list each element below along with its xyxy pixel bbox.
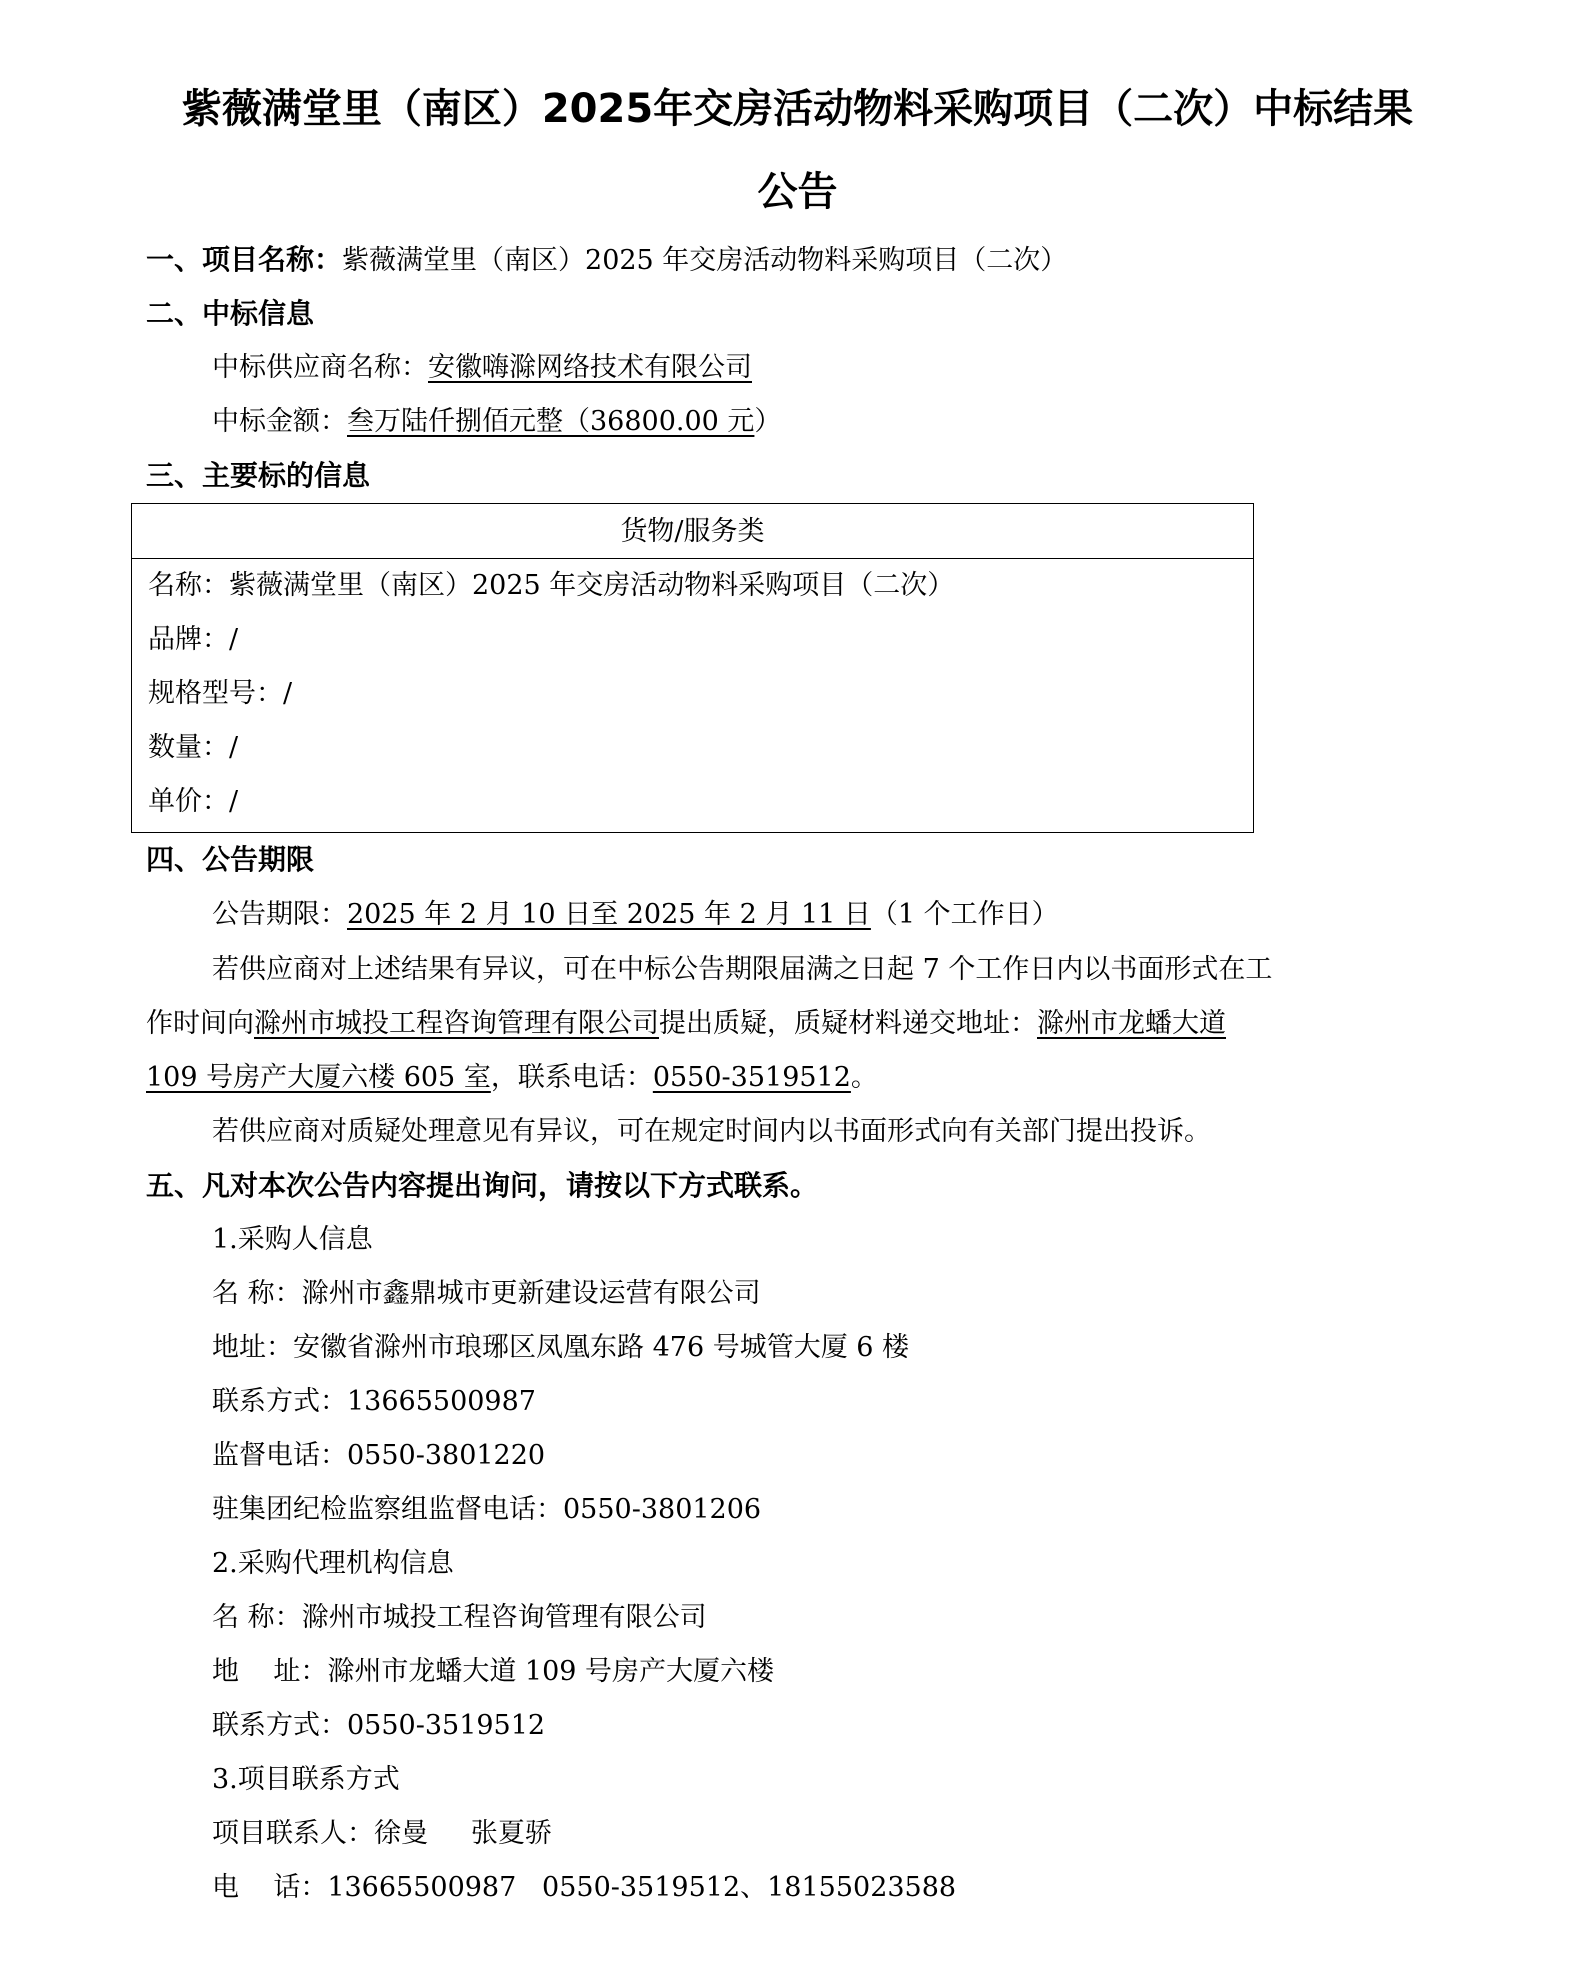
amount-label: 中标金额： (212, 406, 347, 437)
objection-paragraph-line3: 109 号房产大厦六楼 605 室，联系电话：0550-3519512。 (146, 1058, 878, 1098)
table-row: 名称：紫薇满堂里（南区）2025 年交房活动物料采购项目（二次） (132, 559, 1253, 613)
table-row: 单价：/ (132, 775, 1253, 829)
winning-supplier: 中标供应商名称：安徽嗨滁网络技术有限公司 (212, 348, 752, 388)
agency-contact: 联系方式：0550-3519512 (212, 1706, 545, 1746)
objection-text: 作时间向 (146, 1008, 254, 1039)
period-value: 2025 年 2 月 10 日至 2025 年 2 月 11 日 (347, 899, 871, 930)
purchaser-contact: 联系方式：13665500987 (212, 1382, 536, 1422)
contact-phone: 0550-3519512 (653, 1062, 851, 1093)
agency-address: 地 址：滁州市龙蟠大道 109 号房产大厦六楼 (212, 1652, 774, 1692)
objection-paragraph-line2: 作时间向滁州市城投工程咨询管理有限公司提出质疑，质疑材料递交地址：滁州市龙蟠大道 (146, 1004, 1226, 1044)
agency-name: 名 称：滁州市城投工程咨询管理有限公司 (212, 1598, 707, 1638)
discipline-supervision-phone: 驻集团纪检监察组监督电话：0550-3801206 (212, 1490, 761, 1530)
submission-address-cont: 109 号房产大厦六楼 605 室 (146, 1062, 491, 1093)
objection-text: ，联系电话： (491, 1062, 653, 1093)
supplier-value: 安徽嗨滁网络技术有限公司 (428, 352, 752, 383)
agency-name-link: 滁州市城投工程咨询管理有限公司 (254, 1008, 659, 1039)
complaint-paragraph: 若供应商对质疑处理意见有异议，可在规定时间内以书面形式向有关部门提出投诉。 (212, 1112, 1211, 1152)
subject-info-table: 货物/服务类 名称：紫薇满堂里（南区）2025 年交房活动物料采购项目（二次） … (131, 503, 1254, 833)
objection-paragraph-line1: 若供应商对上述结果有异议，可在中标公告期限届满之日起 7 个工作日内以书面形式在… (212, 950, 1272, 990)
period-label: 公告期限： (212, 899, 347, 930)
submission-address: 滁州市龙蟠大道 (1037, 1008, 1226, 1039)
purchaser-heading: 1.采购人信息 (212, 1220, 373, 1260)
announcement-page: 紫薇满堂里（南区）2025年交房活动物料采购项目（二次）中标结果 公告 一、项目… (0, 0, 1587, 1984)
project-phones: 电 话：13665500987 0550-3519512、18155023588 (212, 1868, 956, 1908)
document-title-line1: 紫薇满堂里（南区）2025年交房活动物料采购项目（二次）中标结果 (120, 77, 1475, 141)
document-title-line2: 公告 (120, 160, 1475, 224)
objection-text: 。 (851, 1062, 878, 1093)
purchaser-address: 地址：安徽省滁州市琅琊区凤凰东路 476 号城管大厦 6 楼 (212, 1328, 909, 1368)
purchaser-name: 名 称：滁州市鑫鼎城市更新建设运营有限公司 (212, 1274, 761, 1314)
objection-text: 提出质疑，质疑材料递交地址： (659, 1008, 1037, 1039)
section2-heading: 二、中标信息 (146, 294, 314, 334)
project-contacts: 项目联系人：徐曼 张夏骄 (212, 1814, 552, 1854)
section4-heading: 四、公告期限 (146, 840, 314, 880)
project-contact-heading: 3.项目联系方式 (212, 1760, 400, 1800)
project-name-value: 紫薇满堂里（南区）2025 年交房活动物料采购项目（二次） (342, 245, 1067, 276)
section1-heading: 一、项目名称： (146, 243, 342, 276)
period-suffix: （1 个工作日） (871, 899, 1059, 930)
section3-heading: 三、主要标的信息 (146, 456, 370, 496)
section1-project-name: 一、项目名称：紫薇满堂里（南区）2025 年交房活动物料采购项目（二次） (146, 240, 1067, 281)
agency-heading: 2.采购代理机构信息 (212, 1544, 454, 1584)
purchaser-supervision-phone: 监督电话：0550-3801220 (212, 1436, 545, 1476)
announcement-period: 公告期限：2025 年 2 月 10 日至 2025 年 2 月 11 日（1 … (212, 895, 1059, 935)
section5-heading: 五、凡对本次公告内容提出询问，请按以下方式联系。 (146, 1166, 818, 1206)
amount-suffix: ） (754, 406, 781, 437)
table-row: 品牌：/ (132, 613, 1253, 667)
amount-value: 叁万陆仟捌佰元整（36800.00 元 (347, 406, 754, 437)
table-row: 规格型号：/ (132, 667, 1253, 721)
supplier-label: 中标供应商名称： (212, 352, 428, 383)
winning-amount: 中标金额：叁万陆仟捌佰元整（36800.00 元） (212, 402, 781, 442)
table-header: 货物/服务类 (132, 504, 1253, 559)
table-row: 数量：/ (132, 721, 1253, 775)
